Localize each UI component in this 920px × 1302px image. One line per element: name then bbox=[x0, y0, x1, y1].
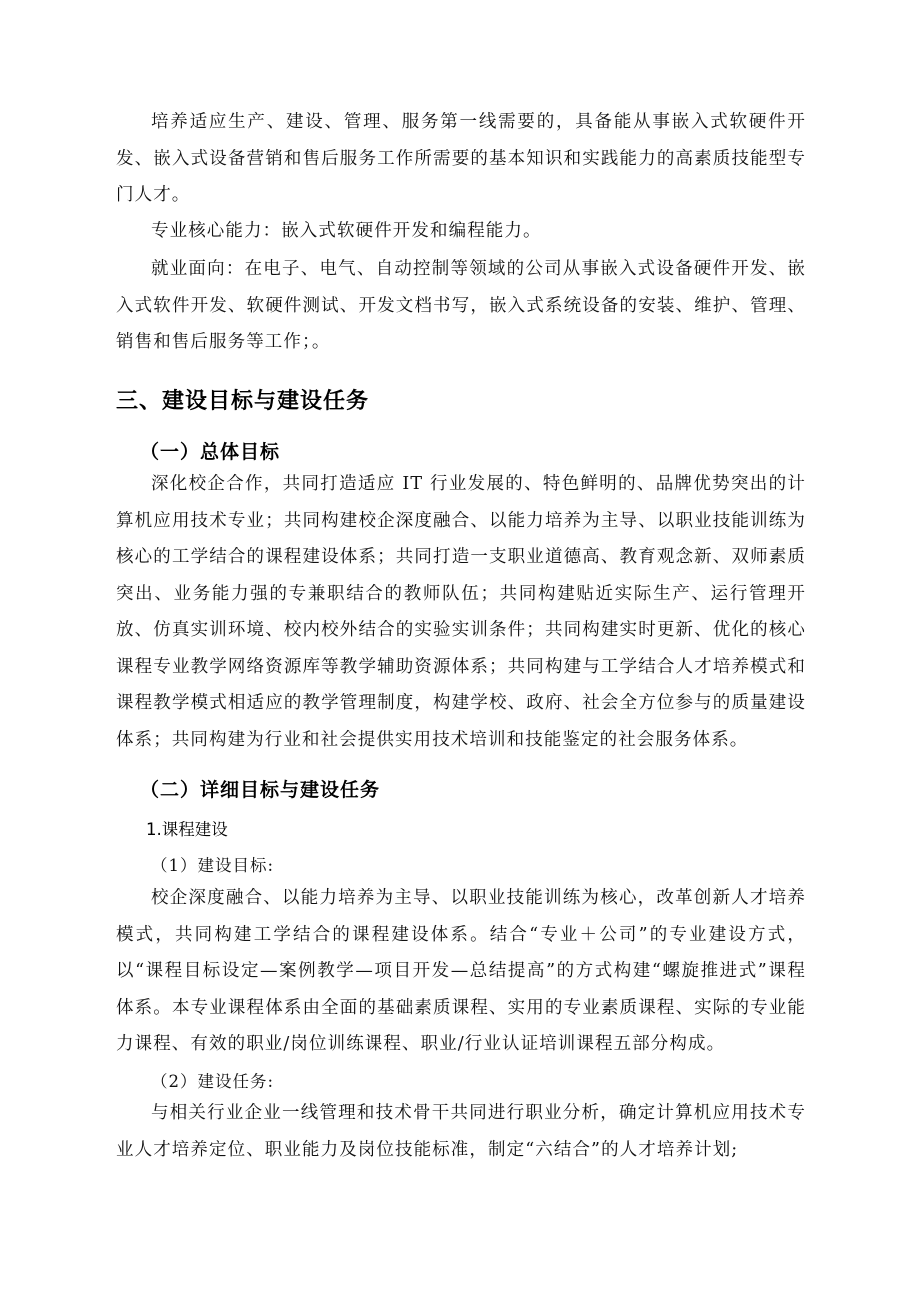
subsection-heading-detailed-goals: （二）详细目标与建设任务 bbox=[140, 775, 380, 802]
intro-paragraph-employment: 就业面向：在电子、电气、自动控制等领域的公司从事嵌入式设备硬件开发、嵌入式软件开… bbox=[116, 251, 806, 361]
overall-goal-paragraph: 深化校企合作，共同打造适应 IT 行业发展的、特色鲜明的、品牌优势突出的计算机应… bbox=[116, 466, 806, 758]
item-heading-course-construction: 1.课程建设 bbox=[146, 816, 228, 840]
construction-goal-paragraph: 校企深度融合、以能力培养为主导、以职业技能训练为核心，改革创新人才培养模式，共同… bbox=[116, 880, 806, 1063]
construction-task-paragraph: 与相关行业企业一线管理和技术骨干共同进行职业分析，确定计算机应用技术专业人才培养… bbox=[116, 1095, 806, 1168]
subsection-heading-overall-goal: （一）总体目标 bbox=[140, 437, 280, 464]
intro-paragraph-talent-goal: 培养适应生产、建设、管理、服务第一线需要的，具备能从事嵌入式软硬件开发、嵌入式设… bbox=[116, 104, 806, 214]
document-page: 培养适应生产、建设、管理、服务第一线需要的，具备能从事嵌入式软硬件开发、嵌入式设… bbox=[0, 0, 920, 1302]
subitem-heading-construction-task: （2）建设任务: bbox=[151, 1068, 274, 1092]
subitem-heading-construction-goal: （1）建设目标: bbox=[151, 852, 274, 876]
section-heading-goals-and-tasks: 三、建设目标与建设任务 bbox=[116, 384, 369, 415]
intro-paragraph-core-ability: 专业核心能力：嵌入式软硬件开发和编程能力。 bbox=[116, 213, 806, 250]
